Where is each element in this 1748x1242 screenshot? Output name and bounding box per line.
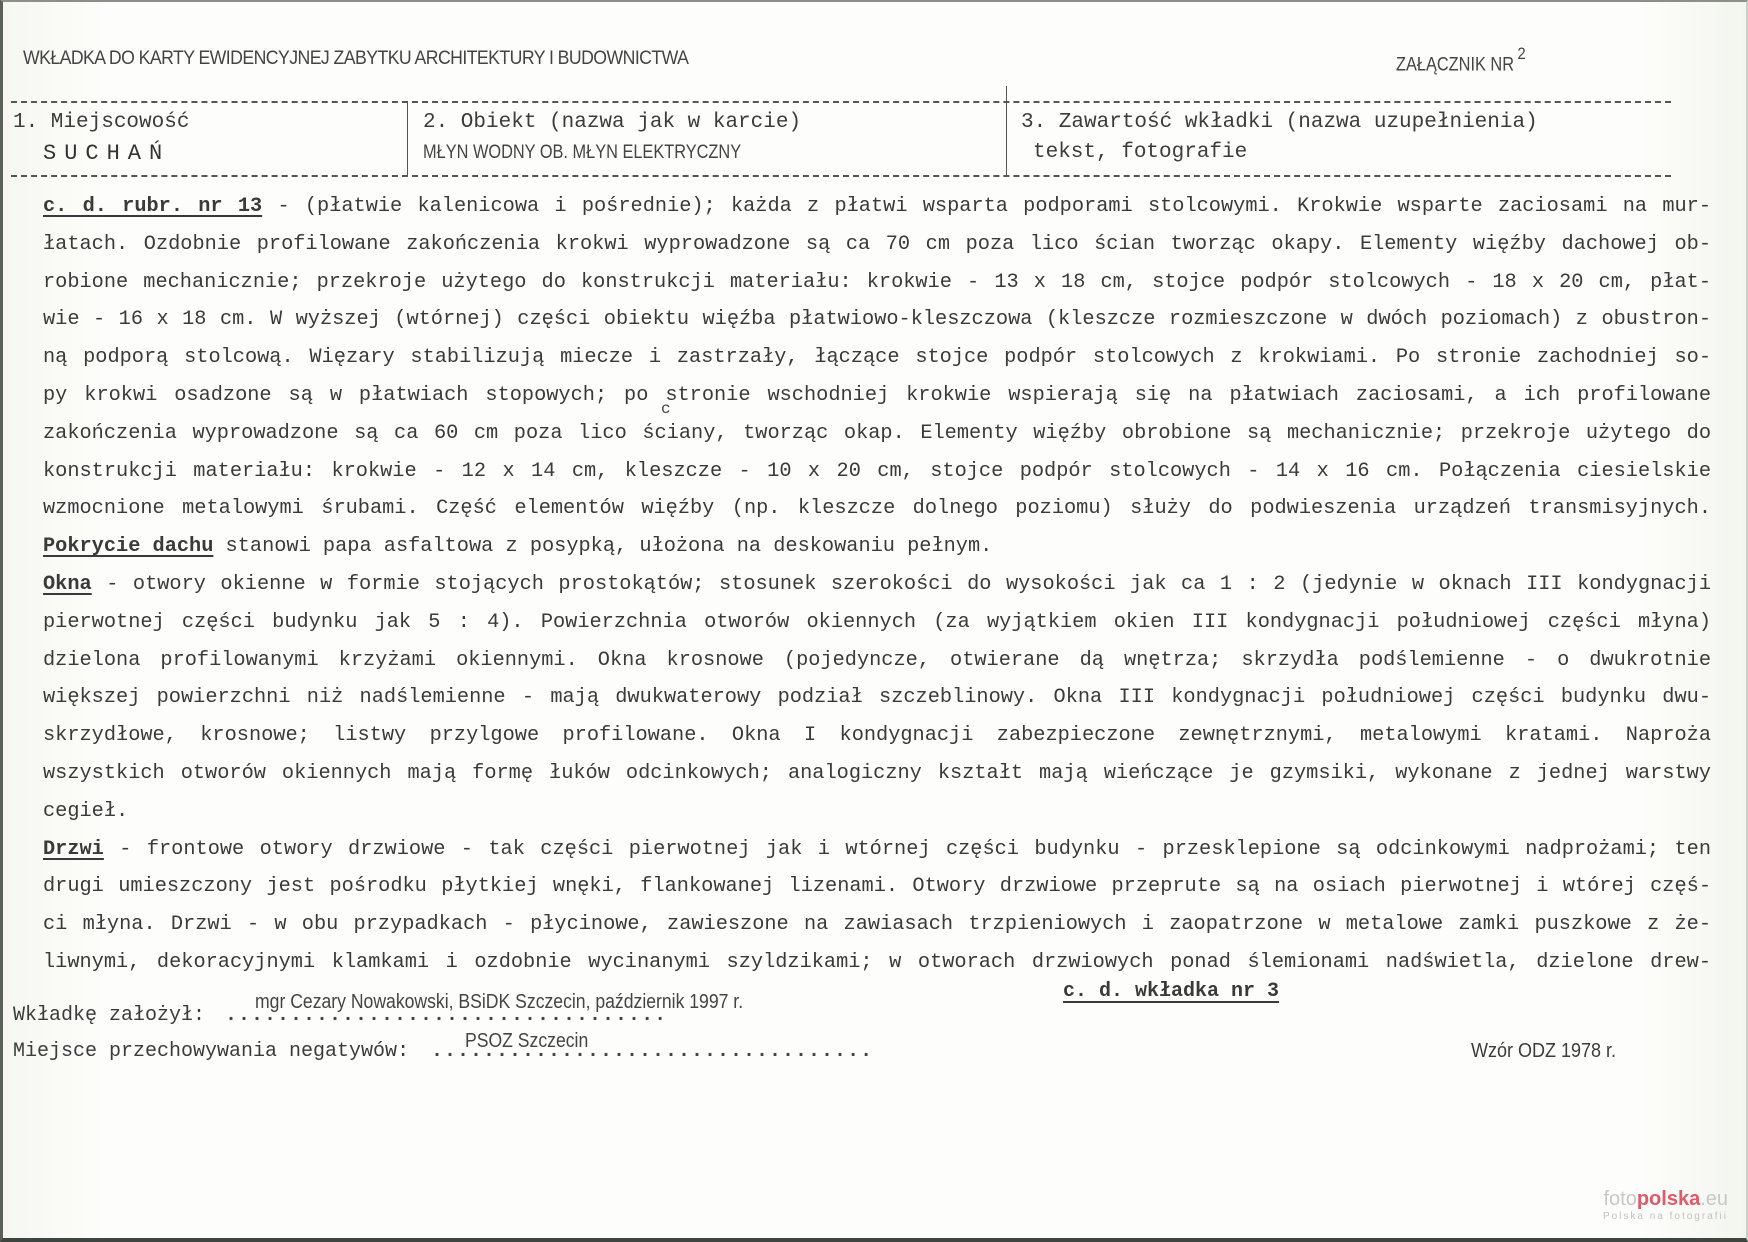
text-line: Pokrycie dachu stanowi papa asfaltowa z … bbox=[43, 528, 1711, 566]
line-text: łatach. Ozdobnie profilowane zakończenia… bbox=[43, 233, 1711, 256]
annex-label: ZAŁĄCZNIK NR bbox=[1396, 54, 1514, 75]
line-text: skrzydłowe, krosnowe; listwy przylgowe p… bbox=[43, 724, 1711, 747]
line-text: py krokwi osadzone są w płatwiach stopow… bbox=[43, 384, 1711, 407]
annex-number-value: 2 bbox=[1517, 44, 1525, 63]
text-line: py krokwi osadzone są w płatwiach stopow… bbox=[43, 377, 1711, 415]
text-line: drugi umieszczony jest pośrodku płytkiej… bbox=[43, 868, 1711, 906]
line-text: ną podporą stolcową. Więzary stabilizują… bbox=[43, 346, 1711, 369]
line-text: drugi umieszczony jest pośrodku płytkiej… bbox=[43, 875, 1711, 898]
section-heading: c. d. rubr. nr 13 bbox=[43, 195, 262, 218]
line-text: robione mechanicznie; przekroje użytego … bbox=[43, 271, 1711, 294]
line-text: większej powierzchni niż nadślemienne - … bbox=[43, 686, 1711, 709]
field-contents-label: 3. Zawartość wkładki (nazwa uzupełnienia… bbox=[1021, 111, 1538, 134]
document-title: WKŁADKA DO KARTY EWIDENCYJNEJ ZABYTKU AR… bbox=[23, 48, 688, 70]
negatives-value: PSOZ Szczecin bbox=[465, 1030, 588, 1053]
text-line: skrzydłowe, krosnowe; listwy przylgowe p… bbox=[43, 717, 1711, 755]
text-line: większej powierzchni niż nadślemienne - … bbox=[43, 679, 1711, 717]
line-text: wszystkich otworów okiennych mają formę … bbox=[43, 762, 1711, 785]
text-line: wszystkich otworów okiennych mają formę … bbox=[43, 755, 1711, 793]
line-text: wzmocnione metalowymi śrubami. Część ele… bbox=[43, 497, 1711, 520]
section-heading: Okna bbox=[43, 573, 92, 596]
divider-top bbox=[11, 101, 1671, 103]
field-object-value: MŁYN WODNY OB. MŁYN ELEKTRYCZNY bbox=[423, 142, 741, 164]
text-line: ną podporą stolcową. Więzary stabilizują… bbox=[43, 339, 1711, 377]
watermark: fotopolska.eu Polska na fotografii bbox=[1603, 1188, 1728, 1222]
watermark-brand: polska bbox=[1637, 1188, 1700, 1210]
line-text: - frontowe otwory drzwiowe - tak części … bbox=[104, 838, 1711, 861]
text-line: cegieł. bbox=[43, 793, 1711, 831]
text-line: Okna - otwory okienne w formie stojących… bbox=[43, 566, 1711, 604]
inventory-card-insert: WKŁADKA DO KARTY EWIDENCYJNEJ ZABYTKU AR… bbox=[0, 0, 1748, 1242]
text-line: zakończenia wyprowadzone są ca 60 cm poz… bbox=[43, 415, 1711, 453]
line-text: zakończenia wyprowadzone są ca 60 cm poz… bbox=[43, 422, 1711, 445]
text-line: łatach. Ozdobnie profilowane zakończenia… bbox=[43, 226, 1711, 264]
annex-number: ZAŁĄCZNIK NR2 bbox=[1396, 48, 1526, 76]
text-line: ci młyna. Drzwi - w obu przypadkach - pł… bbox=[43, 906, 1711, 944]
description-body: c. d. rubr. nr 13 - (płatwie kalenicowa … bbox=[43, 188, 1713, 982]
text-line: c. d. rubr. nr 13 - (płatwie kalenicowa … bbox=[43, 188, 1711, 226]
text-line: pierwotnej części budynku jak 5 : 4). Po… bbox=[43, 604, 1711, 642]
field-locality-label: 1. Miejscowość bbox=[13, 111, 189, 134]
line-text: ci młyna. Drzwi - w obu przypadkach - pł… bbox=[43, 913, 1711, 936]
line-text: dzielona profilowanymi krzyżami okiennym… bbox=[43, 649, 1711, 672]
divider-bottom bbox=[11, 175, 1671, 177]
line-text: pierwotnej części budynku jak 5 : 4). Po… bbox=[43, 611, 1711, 634]
column-divider-2 bbox=[1006, 86, 1007, 176]
text-line: wzmocnione metalowymi śrubami. Część ele… bbox=[43, 490, 1711, 528]
text-line: dzielona profilowanymi krzyżami okiennym… bbox=[43, 642, 1711, 680]
field-object-label: 2. Obiekt (nazwa jak w karcie) bbox=[423, 111, 801, 134]
continuation-link[interactable]: c. d. wkładka nr 3 bbox=[1063, 980, 1279, 1003]
text-line: Drzwi - frontowe otwory drzwiowe - tak c… bbox=[43, 831, 1711, 869]
column-divider-1 bbox=[407, 101, 408, 176]
section-heading: Pokrycie dachu bbox=[43, 535, 213, 558]
line-text: - otwory okienne w formie stojących pros… bbox=[92, 573, 1711, 596]
handwritten-correction: c bbox=[661, 400, 671, 418]
author-value: mgr Cezary Nowakowski, BSiDK Szczecin, p… bbox=[255, 991, 743, 1014]
text-line: wie - 16 x 18 cm. W wyższej (wtórnej) cz… bbox=[43, 301, 1711, 339]
author-label: Wkładkę założył: bbox=[13, 1004, 205, 1027]
negatives-label: Miejsce przechowywania negatywów: bbox=[13, 1040, 409, 1063]
watermark-tagline: Polska na fotografii bbox=[1603, 1211, 1728, 1222]
text-line: konstrukcji materiału: krokwie - 12 x 14… bbox=[43, 453, 1711, 491]
field-locality-value: SUCHAŃ bbox=[43, 141, 170, 166]
field-contents-value: tekst, fotografie bbox=[1033, 141, 1247, 164]
line-text: stanowi papa asfaltowa z posypką, ułożon… bbox=[213, 535, 992, 558]
line-text: - (płatwie kalenicowa i pośrednie); każd… bbox=[262, 195, 1711, 218]
text-line: robione mechanicznie; przekroje użytego … bbox=[43, 264, 1711, 302]
text-line: liwnymi, dekoracyjnymi klamkami i ozdobn… bbox=[43, 944, 1711, 982]
section-heading: Drzwi bbox=[43, 838, 104, 861]
template-version: Wzór ODZ 1978 r. bbox=[1471, 1040, 1616, 1063]
line-text: konstrukcji materiału: krokwie - 12 x 14… bbox=[43, 460, 1711, 483]
line-text: cegieł. bbox=[43, 800, 128, 823]
watermark-logo: fotopolska.eu bbox=[1603, 1188, 1728, 1211]
line-text: wie - 16 x 18 cm. W wyższej (wtórnej) cz… bbox=[43, 308, 1711, 331]
line-text: liwnymi, dekoracyjnymi klamkami i ozdobn… bbox=[43, 951, 1711, 974]
